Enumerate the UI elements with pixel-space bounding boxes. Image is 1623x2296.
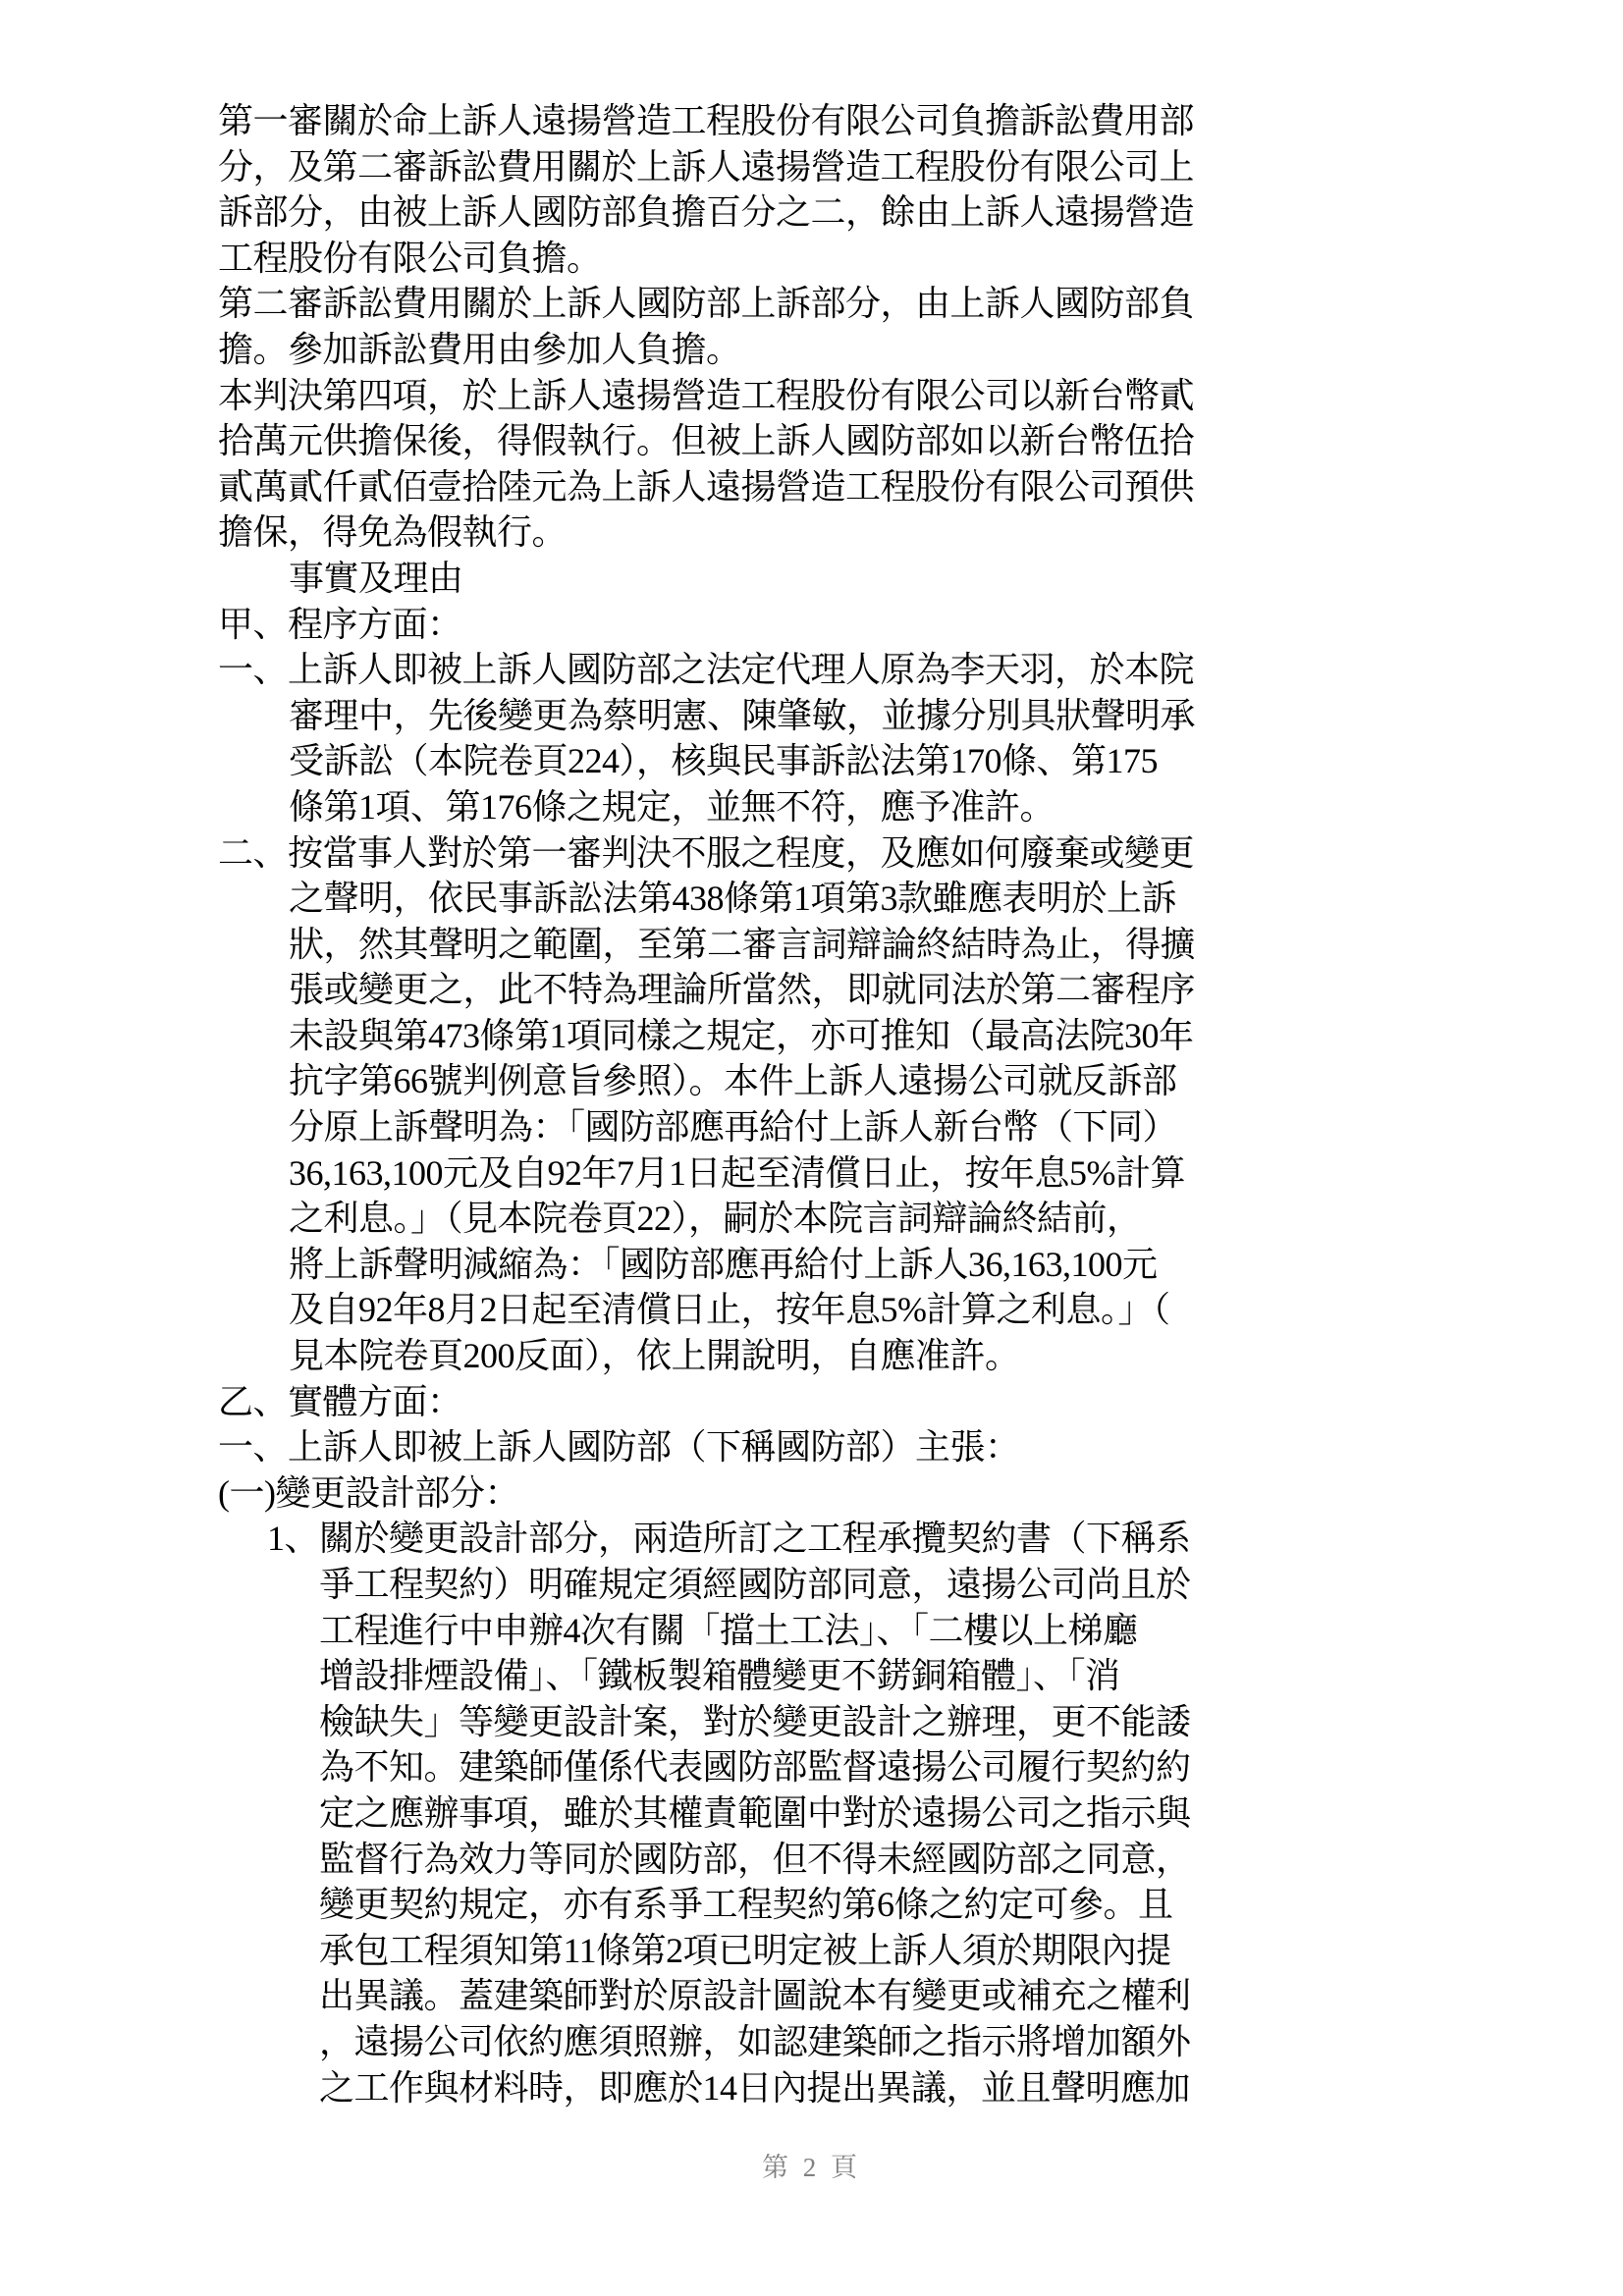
text-line: 為不知。建築師僅係代表國防部監督遠揚公司履行契約約 xyxy=(218,1744,1494,1790)
text-line: 分，及第二審訴訟費用關於上訴人遠揚營造工程股份有限公司上 xyxy=(218,144,1494,190)
text-line: 之聲明，依民事訴訟法第438條第1項第3款雖應表明於上訴 xyxy=(218,876,1494,922)
text-line: 爭工程契約）明確規定須經國防部同意，遠揚公司尚且於 xyxy=(218,1562,1494,1608)
text-line: 條第1項、第176條之規定，並無不符，應予准許。 xyxy=(218,784,1494,830)
page-number-footer: 第 2 頁 xyxy=(0,2146,1623,2184)
text-line: 出異議。蓋建築師對於原設計圖說本有變更或補充之權利 xyxy=(218,1973,1494,2019)
text-line: 工程股份有限公司負擔。 xyxy=(218,236,1494,282)
text-line: 狀，然其聲明之範圍，至第二審言詞辯論終結時為止，得擴 xyxy=(218,922,1494,968)
text-line: 甲、程序方面： xyxy=(218,602,1494,648)
text-line: 一、上訴人即被上訴人國防部之法定代理人原為李天羽，於本院 xyxy=(218,647,1494,693)
text-line: 擔。參加訴訟費用由參加人負擔。 xyxy=(218,327,1494,373)
judgment-body-text: 第一審關於命上訴人遠揚營造工程股份有限公司負擔訴訟費用部分，及第二審訴訟費用關於… xyxy=(218,98,1494,2110)
text-line: 第一審關於命上訴人遠揚營造工程股份有限公司負擔訴訟費用部 xyxy=(218,98,1494,144)
text-line: 工程進行中申辦4次有關「擋土工法」、「二樓以上梯廳 xyxy=(218,1608,1494,1654)
text-line: 承包工程須知第11條第2項已明定被上訴人須於期限內提 xyxy=(218,1928,1494,1974)
text-line: 1、關於變更設計部分，兩造所訂之工程承攬契約書（下稱系 xyxy=(218,1516,1494,1562)
text-line: 審理中，先後變更為蔡明憲、陳肇敏，並據分別具狀聲明承 xyxy=(218,693,1494,739)
text-line: 分原上訴聲明為：「國防部應再給付上訴人新台幣（下同） xyxy=(218,1104,1494,1150)
text-line: 檢缺失」等變更設計案，對於變更設計之辦理，更不能諉 xyxy=(218,1699,1494,1745)
text-line: 事實及理由 xyxy=(218,556,1494,602)
text-line: 之工作與材料時，即應於14日內提出異議，並且聲明應加 xyxy=(218,2065,1494,2111)
text-line: 受訴訟（本院卷頁224），核與民事訴訟法第170條、第175 xyxy=(218,738,1494,784)
text-line: 及自92年8月2日起至清償日止，按年息5%計算之利息。」（ xyxy=(218,1287,1494,1333)
text-line: 36,163,100元及自92年7月1日起至清償日止，按年息5%計算 xyxy=(218,1150,1494,1197)
text-line: 之利息。」（見本院卷頁22），嗣於本院言詞辯論終結前， xyxy=(218,1196,1494,1242)
judgment-page: 第一審關於命上訴人遠揚營造工程股份有限公司負擔訴訟費用部分，及第二審訴訟費用關於… xyxy=(0,0,1623,2296)
text-line: 見本院卷頁200反面），依上開說明，自應准許。 xyxy=(218,1333,1494,1379)
text-line: 二、按當事人對於第一審判決不服之程度，及應如何廢棄或變更 xyxy=(218,830,1494,877)
text-line: 增設排煙設備」、「鐵板製箱體變更不錺銅箱體」、「消 xyxy=(218,1653,1494,1699)
text-line: 貳萬貳仟貳佰壹拾陸元為上訴人遠揚營造工程股份有限公司預供 xyxy=(218,464,1494,510)
text-line: 訴部分，由被上訴人國防部負擔百分之二，餘由上訴人遠揚營造 xyxy=(218,189,1494,236)
text-line: 拾萬元供擔保後，得假執行。但被上訴人國防部如以新台幣伍拾 xyxy=(218,418,1494,464)
text-line: 抗字第66號判例意旨參照）。本件上訴人遠揚公司就反訴部 xyxy=(218,1058,1494,1104)
text-line: 張或變更之，此不特為理論所當然，即就同法於第二審程序 xyxy=(218,967,1494,1013)
text-line: 乙、實體方面： xyxy=(218,1379,1494,1425)
text-line: 變更契約規定，亦有系爭工程契約第6條之約定可參。且 xyxy=(218,1882,1494,1928)
text-line: 本判決第四項，於上訴人遠揚營造工程股份有限公司以新台幣貳 xyxy=(218,373,1494,419)
text-line: 擔保，得免為假執行。 xyxy=(218,509,1494,556)
text-line: 一、上訴人即被上訴人國防部（下稱國防部）主張： xyxy=(218,1424,1494,1470)
text-line: 定之應辦事項，雖於其權責範圍中對於遠揚公司之指示與 xyxy=(218,1790,1494,1837)
text-line: 未設與第473條第1項同樣之規定，亦可推知（最高法院30年 xyxy=(218,1013,1494,1059)
text-line: 監督行為效力等同於國防部，但不得未經國防部之同意， xyxy=(218,1837,1494,1883)
text-line: (一)變更設計部分： xyxy=(218,1470,1494,1517)
text-line: 將上訴聲明減縮為：「國防部應再給付上訴人36,163,100元 xyxy=(218,1242,1494,1288)
text-line: 第二審訴訟費用關於上訴人國防部上訴部分，由上訴人國防部負 xyxy=(218,281,1494,327)
text-line: ，遠揚公司依約應須照辦，如認建築師之指示將增加額外 xyxy=(218,2019,1494,2065)
